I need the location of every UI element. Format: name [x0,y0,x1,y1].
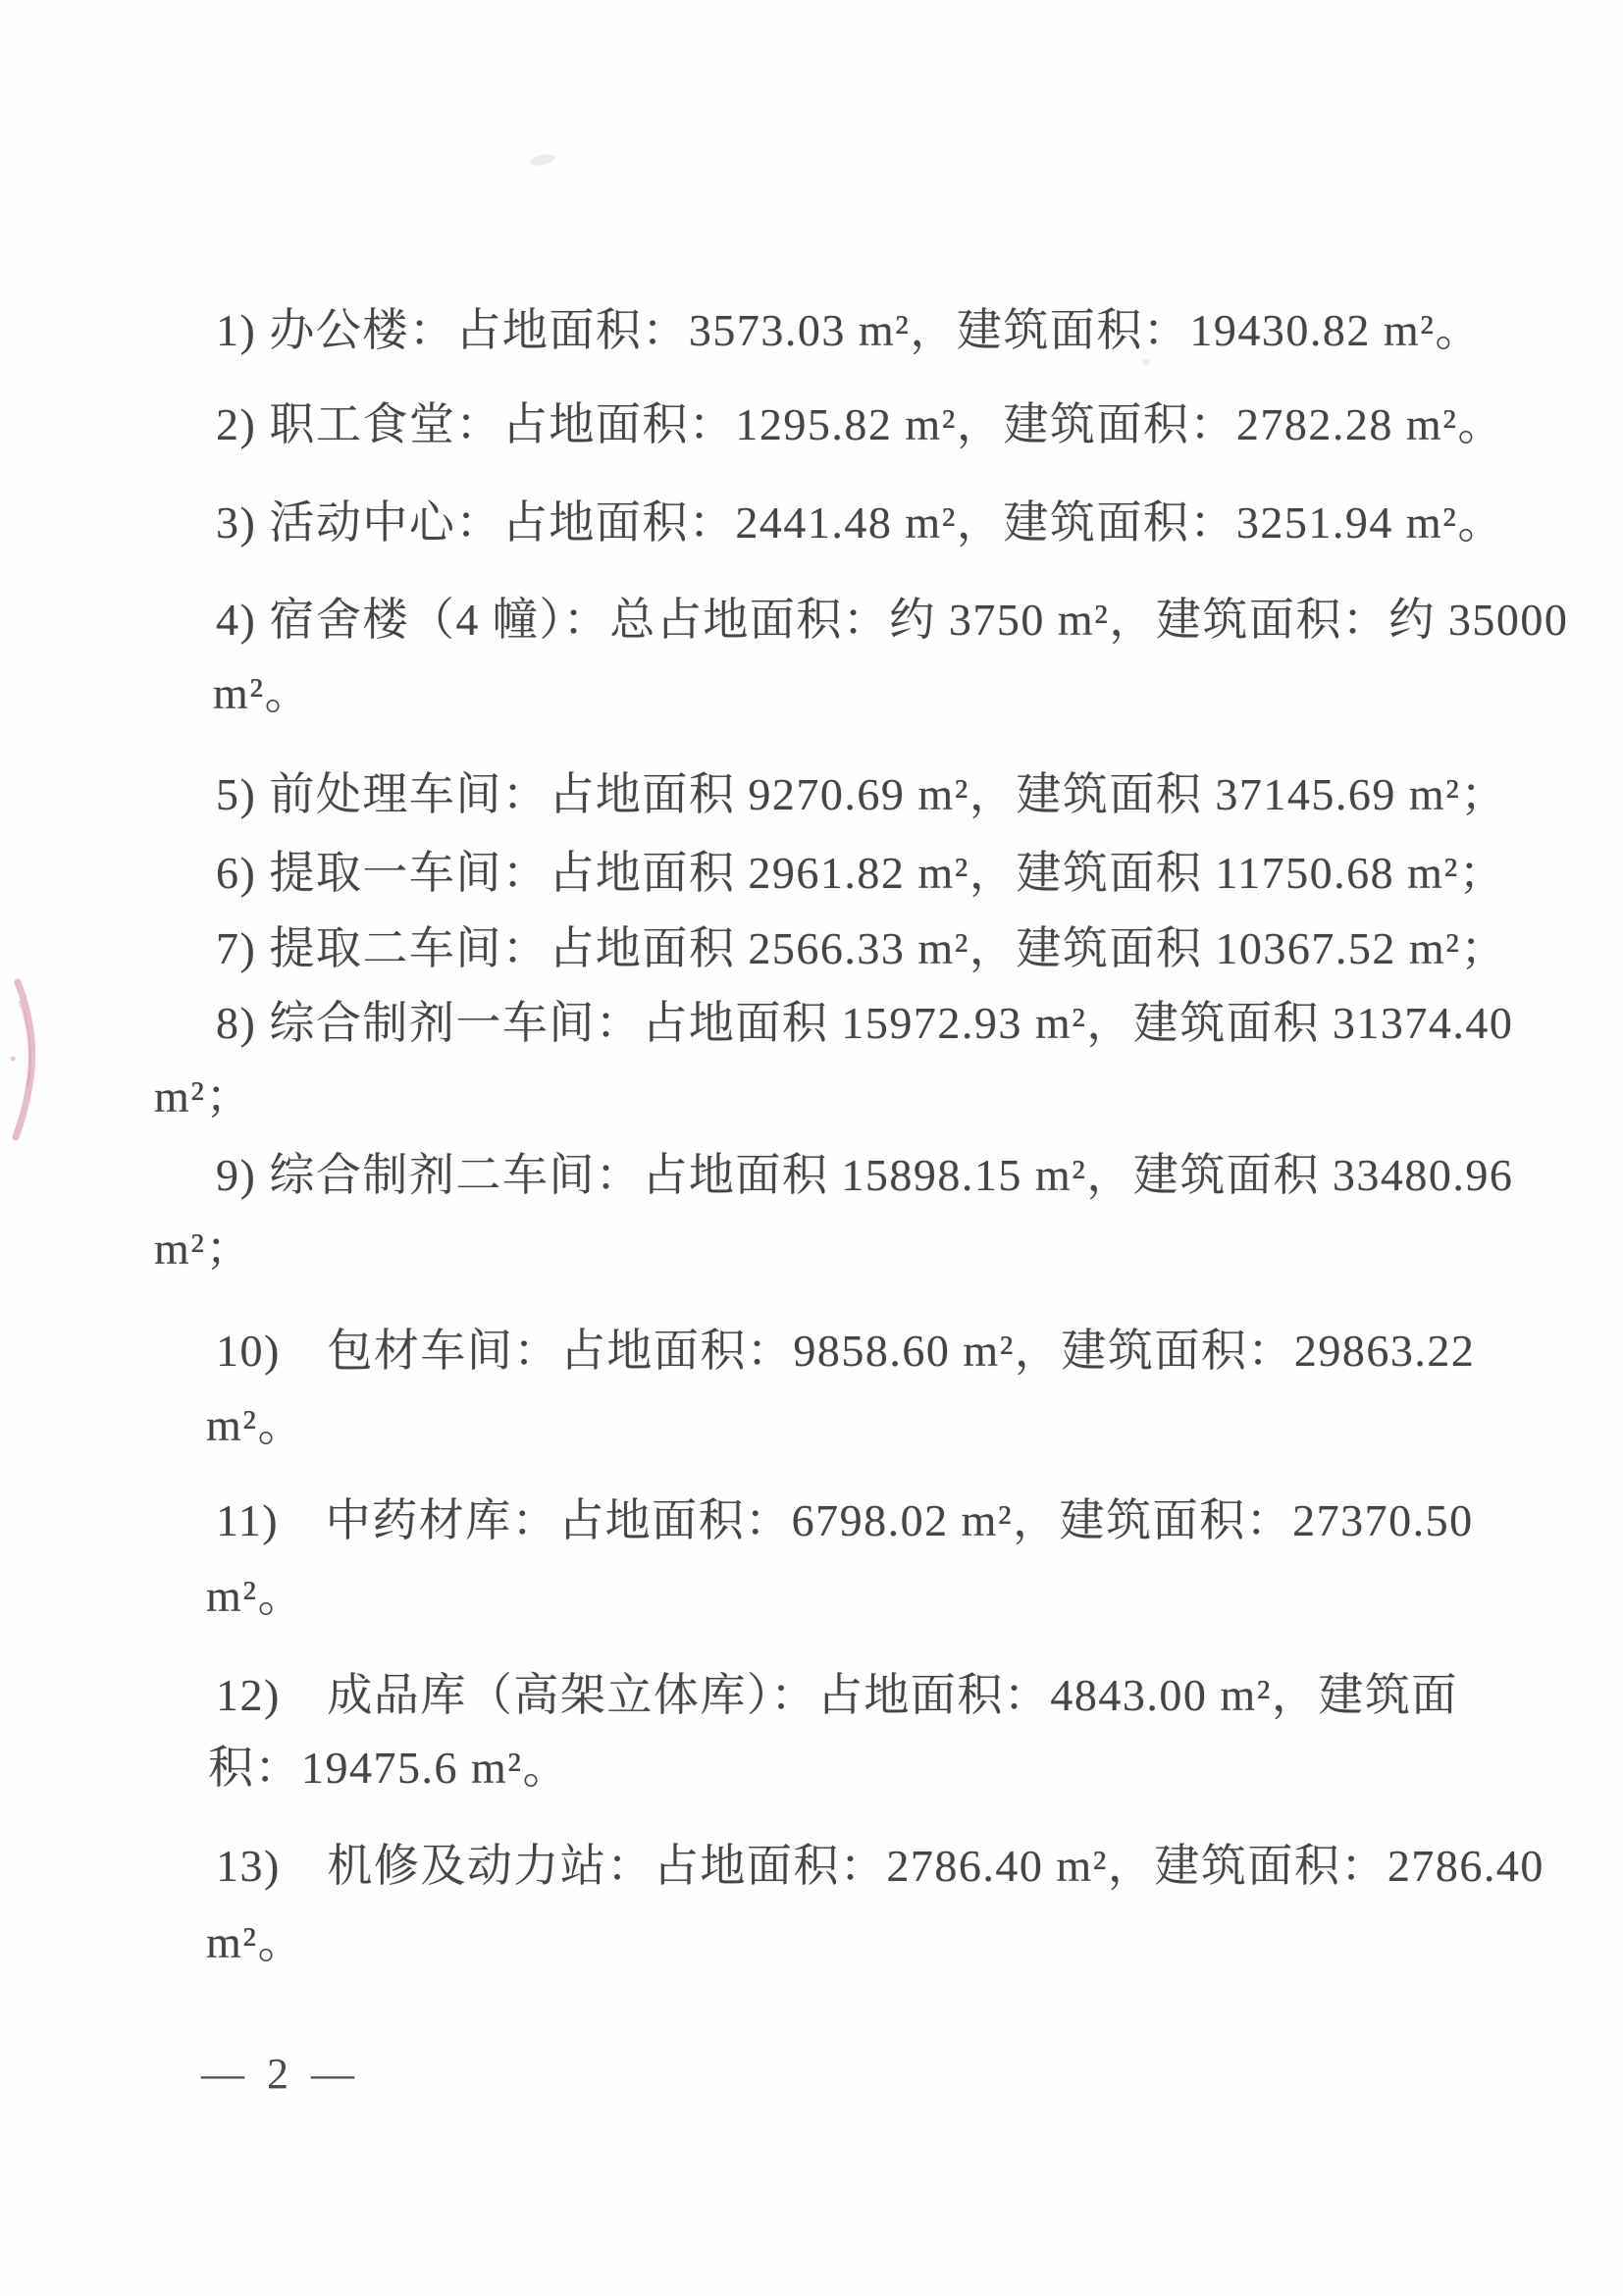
doc-line: 8) 综合制剂一车间：占地面积 15972.93 m²，建筑面积 31374.4… [216,997,1513,1050]
doc-line: 13) 机修及动力站：占地面积：2786.40 m²，建筑面积：2786.40 [216,1840,1544,1893]
doc-line: m²。 [213,667,311,720]
doc-line: m²。 [206,1399,304,1452]
scan-speck [1142,359,1150,365]
scan-speck [529,152,556,167]
doc-line: 5) 前处理车间：占地面积 9270.69 m²，建筑面积 37145.69 m… [216,768,1507,821]
doc-line: 积：19475.6 m²。 [208,1742,569,1795]
doc-line: m²； [154,1070,252,1123]
doc-line: 2) 职工食堂：占地面积：1295.82 m²，建筑面积：2782.28 m²。 [216,398,1504,451]
pink-stamp-mark [6,976,45,1143]
doc-line: m²。 [206,1916,304,1969]
doc-line: 3) 活动中心：占地面积：2441.48 m²，建筑面积：3251.94 m²。 [216,496,1504,549]
doc-line: 12) 成品库（高架立体库）：占地面积：4843.00 m²，建筑面 [216,1669,1458,1722]
doc-line: 9) 综合制剂二车间：占地面积 15898.15 m²，建筑面积 33480.9… [216,1149,1513,1202]
doc-line: 1) 办公楼：占地面积：3573.03 m²，建筑面积：19430.82 m²。 [216,304,1482,357]
doc-line: 10) 包材车间：占地面积：9858.60 m²，建筑面积：29863.22 [216,1325,1475,1378]
doc-line: 11) 中药材库：占地面积：6798.02 m²，建筑面积：27370.50 [216,1494,1474,1547]
doc-line: m²； [154,1223,252,1276]
doc-line: 6) 提取一车间：占地面积 2961.82 m²，建筑面积 11750.68 m… [216,847,1505,900]
doc-line: 7) 提取二车间：占地面积 2566.33 m²，建筑面积 10367.52 m… [216,922,1507,975]
page-number: — 2 — [201,2049,360,2099]
document-page: 1) 办公楼：占地面积：3573.03 m²，建筑面积：19430.82 m²。… [0,0,1623,2296]
doc-line: m²。 [206,1570,304,1623]
doc-line: 4) 宿舍楼（4 幢）：总占地面积：约 3750 m²，建筑面积：约 35000 [216,594,1568,647]
